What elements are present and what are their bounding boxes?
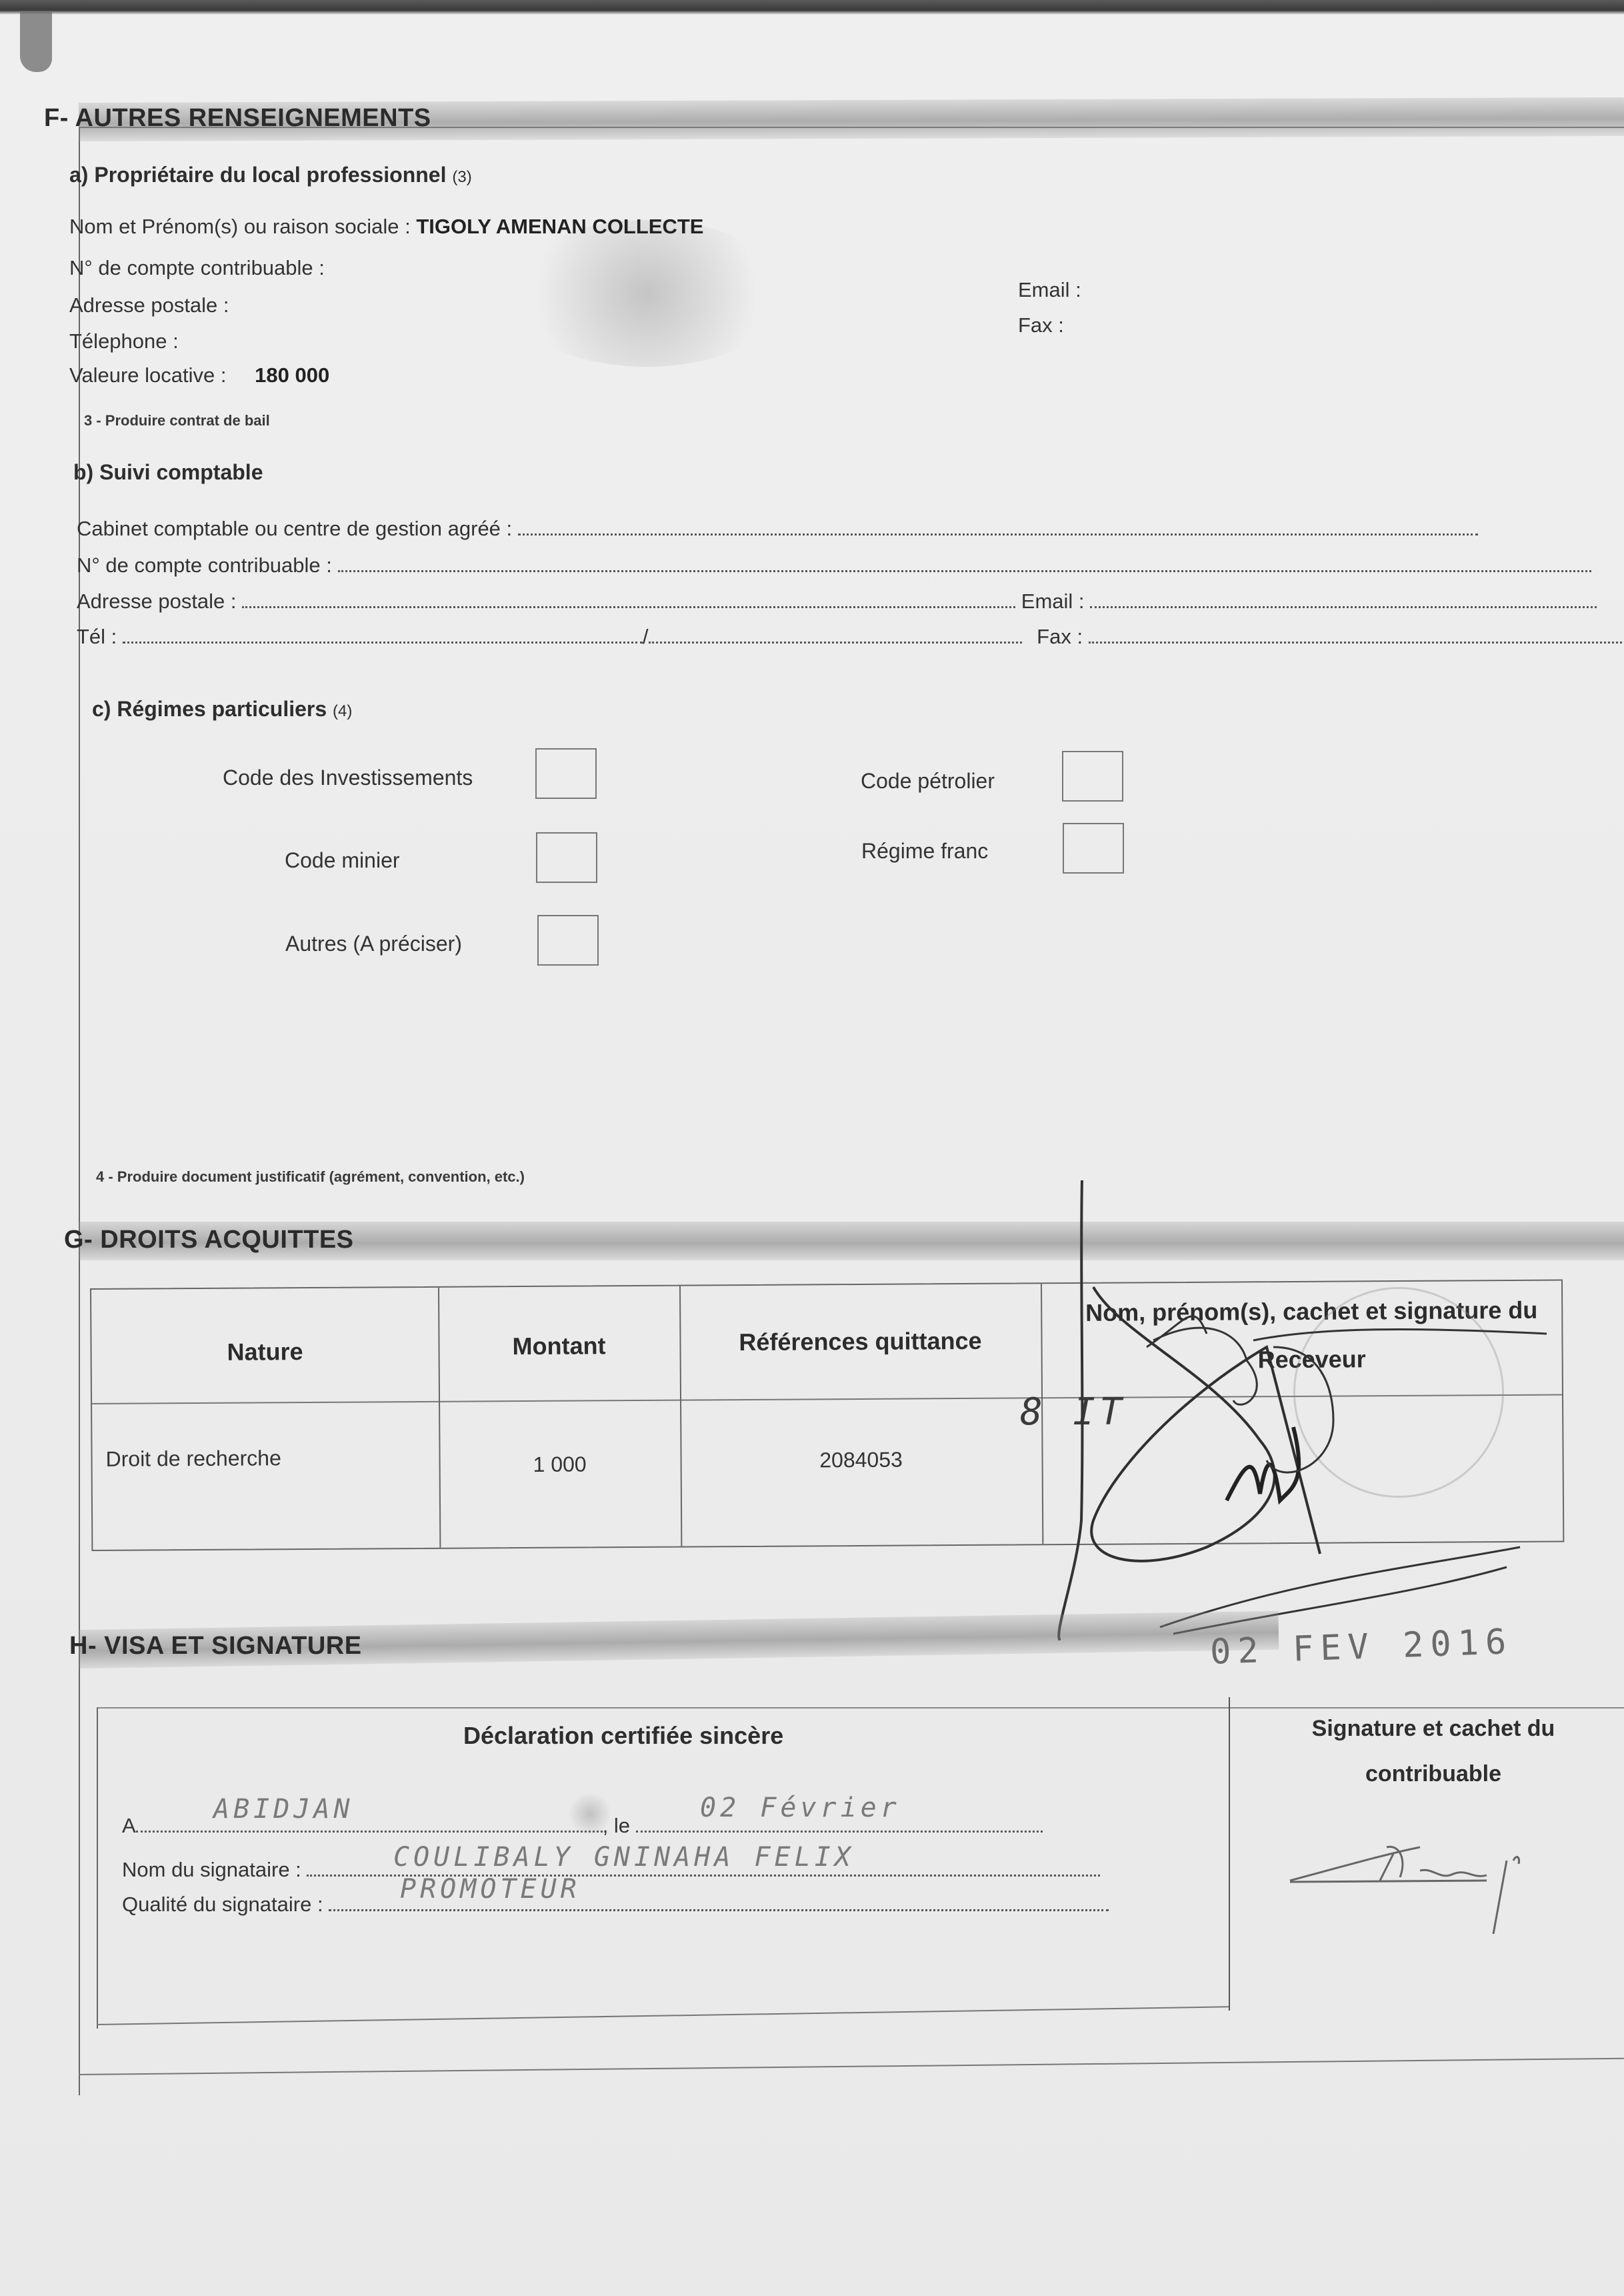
place-field[interactable] [136, 1815, 603, 1833]
option-regime-franc-checkbox[interactable] [1063, 823, 1124, 874]
ink-smudge [567, 1794, 613, 1834]
owner-name-label: Nom et Prénom(s) ou raison sociale : [69, 215, 411, 238]
column-header-reference: Références quittance [679, 1326, 1041, 1356]
column-divider [438, 1288, 441, 1548]
owner-phone-label: Télephone : [69, 329, 179, 353]
footnote-ref: (3) [452, 168, 471, 186]
accountant-tel-line: Tél : / Fax : [77, 625, 1622, 649]
footnote-3: 3 - Produire contrat de bail [84, 412, 270, 429]
visa-box-divider [1229, 1697, 1230, 2011]
taxpayer-signature [1287, 1841, 1567, 1941]
owner-fax-label: Fax : [1018, 313, 1064, 337]
accountant-address-line: Adresse postale : Email : [77, 590, 1597, 614]
option-regime-franc-label: Régime franc [861, 839, 988, 864]
quality-label: Qualité du signataire : [122, 1893, 323, 1916]
option-code-petrolier-label: Code pétrolier [861, 769, 995, 794]
date-value: 02 Février [700, 1793, 901, 1823]
rent-line: Valeure locative : 180 000 [69, 363, 329, 387]
tel-separator: / [643, 625, 649, 648]
section-h-title: H- VISA ET SIGNATURE [69, 1632, 362, 1660]
declaration-title: Déclaration certifiée sincère [463, 1722, 783, 1750]
option-code-petrolier-checkbox[interactable] [1062, 751, 1123, 802]
signatory-label: Nom du signataire : [122, 1858, 301, 1881]
accountant-tel2-field[interactable] [649, 626, 1022, 644]
column-header-nature: Nature [91, 1337, 438, 1367]
signatory-value: COULIBALY GNINAHA FELIX [393, 1842, 855, 1873]
option-autres-label: Autres (A préciser) [285, 932, 462, 956]
accountant-tel-field[interactable] [123, 626, 643, 644]
option-autres-checkbox[interactable] [537, 915, 599, 966]
cabinet-field[interactable] [518, 517, 1478, 535]
row-nature: Droit de recherche [105, 1446, 281, 1472]
accountant-email-field[interactable] [1090, 590, 1597, 608]
accountant-fax-field[interactable] [1089, 626, 1622, 644]
cabinet-line: Cabinet comptable ou centre de gestion a… [77, 517, 1478, 541]
page-tear-mark [20, 12, 52, 72]
place-value: ABIDJAN [213, 1794, 354, 1825]
owner-email-label: Email : [1018, 278, 1081, 302]
footnote-ref: (4) [333, 702, 352, 720]
owner-account-label: N° de compte contribuable : [69, 256, 325, 280]
option-code-minier-label: Code minier [285, 848, 400, 873]
rent-label: Valeure locative : [69, 363, 227, 387]
quality-value: PROMOTEUR [400, 1874, 581, 1905]
taxpayer-signature-title: Signature et cachet du contribuable [1273, 1706, 1593, 1797]
place-label: A [122, 1814, 136, 1837]
accountant-account-label: N° de compte contribuable : [77, 553, 332, 577]
scanned-form-page: F- AUTRES RENSEIGNEMENTS a) Propriétaire… [0, 0, 1624, 2296]
section-g-title: G- DROITS ACQUITTES [64, 1226, 354, 1254]
option-code-investissements-label: Code des Investissements [223, 766, 473, 790]
accountant-address-field[interactable] [242, 590, 1015, 608]
section-f-title: F- AUTRES RENSEIGNEMENTS [44, 104, 431, 133]
section-f-c-heading: c) Régimes particuliers (4) [92, 697, 352, 722]
accountant-fax-label: Fax : [1037, 625, 1083, 648]
footnote-4: 4 - Produire document justificatif (agré… [96, 1168, 525, 1186]
accountant-email-label: Email : [1021, 590, 1085, 613]
quality-line: Qualité du signataire : [122, 1893, 1109, 1917]
cabinet-label: Cabinet comptable ou centre de gestion a… [77, 517, 512, 540]
heading-text: c) Régimes particuliers [92, 697, 327, 721]
option-code-minier-checkbox[interactable] [536, 832, 597, 883]
accountant-address-label: Adresse postale : [77, 590, 237, 613]
accountant-account-line: N° de compte contribuable : [77, 553, 1591, 578]
receveur-signature [1040, 1174, 1600, 1640]
accountant-account-field[interactable] [338, 554, 1591, 572]
scan-top-edge [0, 0, 1624, 15]
scan-smudge [507, 220, 787, 367]
owner-address-label: Adresse postale : [69, 293, 229, 317]
row-montant: 1 000 [439, 1452, 681, 1478]
accountant-tel-label: Tél : [77, 625, 117, 648]
column-header-montant: Montant [438, 1332, 679, 1361]
section-f-a-heading: a) Propriétaire du local professionnel (… [69, 163, 472, 187]
rent-value: 180 000 [255, 363, 329, 387]
section-f-b-heading: b) Suivi comptable [73, 460, 263, 485]
owner-name-value: TIGOLY AMENAN COLLECTE [416, 215, 703, 238]
heading-text: a) Propriétaire du local professionnel [69, 163, 446, 187]
row-reference: 2084053 [680, 1446, 1041, 1473]
option-code-investissements-checkbox[interactable] [535, 748, 597, 799]
owner-name-line: Nom et Prénom(s) ou raison sociale : TIG… [69, 215, 703, 239]
column-divider [679, 1286, 682, 1546]
